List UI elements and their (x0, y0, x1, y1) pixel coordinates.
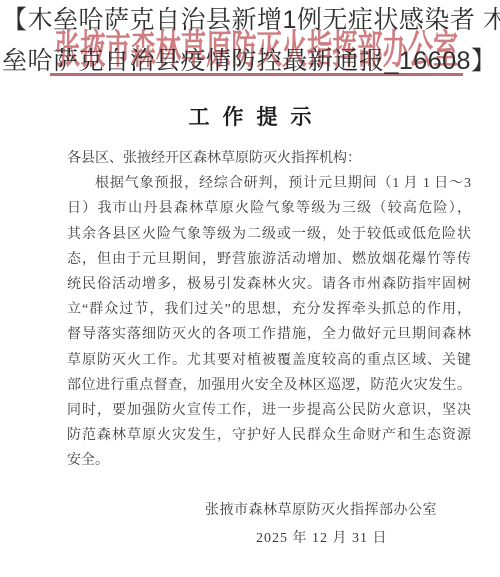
body-line: 防范森林草原火灾发生，守护好人民群众生命财产和生态资源 (67, 423, 471, 448)
body-line: 草原防灭火工作。尤其要对植被覆盖度较高的重点区域、关键 (67, 348, 471, 373)
body-line: 根据气象预报，经综合研判，预计元旦期间（1 月 1 日～3 (67, 171, 471, 196)
notice-date: 2025 年 12 月 31 日 (256, 527, 388, 547)
notice-heading: 工作提示 (0, 101, 500, 131)
notice-addressee: 各县区、张掖经开区森林草原防灭火指挥机构： (67, 146, 471, 171)
body-line: 态，但由于元旦期间，野营旅游活动增加、燃放烟花爆竹等传 (67, 247, 471, 272)
notice-signature: 张掖市森林草原防灭火指挥部办公室 (205, 499, 437, 519)
body-line: 同时，要加强防火宣传工作，进一步提高公民防火意识，坚决 (67, 398, 471, 423)
body-line: 其余各县区火险气象等级为二级或一级，处于较低或低危险状 (67, 222, 471, 247)
body-line: 日）我市山丹县森林草原火险气象等级为三级（较高危险）， (67, 196, 471, 221)
article-title: 【木垒哈萨克自治县新增1例无症状感染者 木 垒哈萨克自治县疫情防控最新通报_16… (2, 0, 500, 82)
article-title-line-2: 垒哈萨克自治县疫情防控最新通报_16608】 (2, 41, 500, 82)
body-line: 督导落实落细防灭火的各项工作措施，全力做好元旦期间森林 (67, 322, 471, 347)
notice-body: 各县区、张掖经开区森林草原防灭火指挥机构： 根据气象预报，经综合研判，预计元旦期… (67, 146, 471, 474)
article-title-line-1: 【木垒哈萨克自治县新增1例无症状感染者 木 (2, 0, 500, 41)
article-page: 张掖市森林草原防灭火指挥部办公室 【木垒哈萨克自治县新增1例无症状感染者 木 垒… (0, 0, 500, 577)
body-line: 统民俗活动增多，极易引发森林火灾。请各市州森防指牢固树 (67, 272, 471, 297)
body-line: 立“群众过节，我们过关”的思想，充分发挥牵头抓总的作用， (67, 297, 471, 322)
body-line: 部位进行重点督查，加强用火安全及林区巡逻，防范火灾发生。 (67, 373, 471, 398)
body-line: 安全。 (67, 448, 471, 473)
